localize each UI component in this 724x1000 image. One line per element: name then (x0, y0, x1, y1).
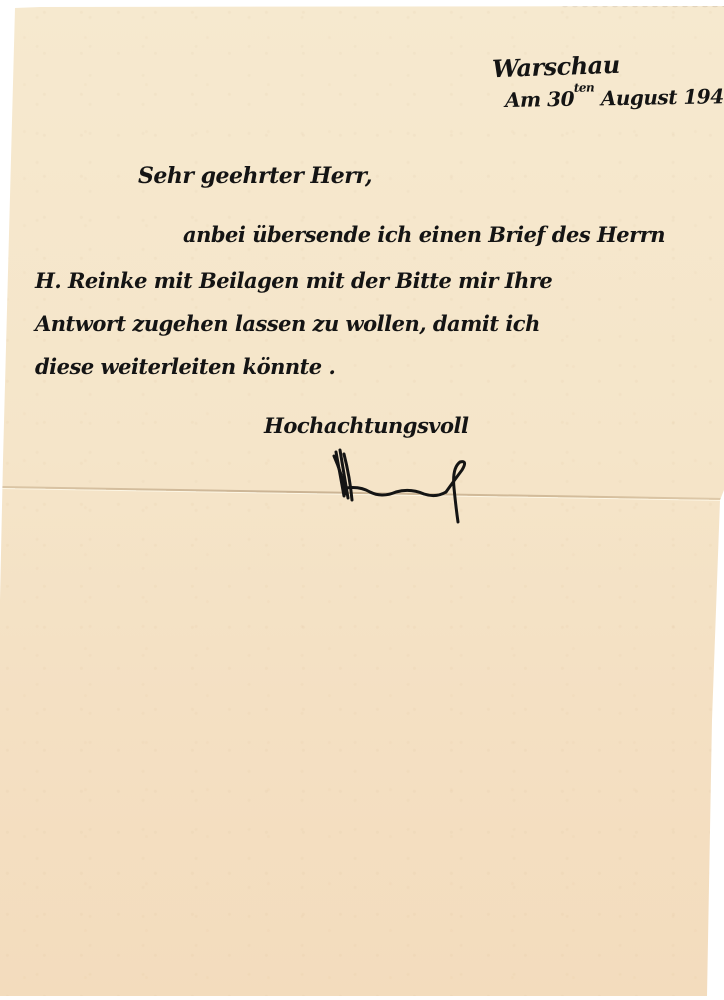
body-line: Antwort zugehen lassen zu wollen, damit … (35, 311, 540, 336)
letter-salutation: Sehr geehrter Herr, (138, 163, 372, 189)
letter-date: Am 30ten August 1947 (505, 84, 724, 112)
letter-paper: Warschau Am 30ten August 1947 Sehr geehr… (0, 0, 724, 1000)
body-line: anbei übersende ich einen Brief des Herr… (183, 222, 665, 247)
body-line: H. Reinke mit Beilagen mit der Bitte mir… (35, 268, 552, 293)
letter-closing: Hochachtungsvoll (264, 413, 468, 438)
date-month-year: August 1947 (601, 84, 724, 110)
letter-place: Warschau (492, 50, 621, 83)
body-line: diese weiterleiten könnte . (35, 354, 335, 379)
date-day: Am 30 (505, 87, 574, 112)
serrated-top-edge (560, 2, 724, 12)
date-ordinal: ten (574, 81, 595, 95)
handwritten-signature-icon (330, 448, 480, 528)
